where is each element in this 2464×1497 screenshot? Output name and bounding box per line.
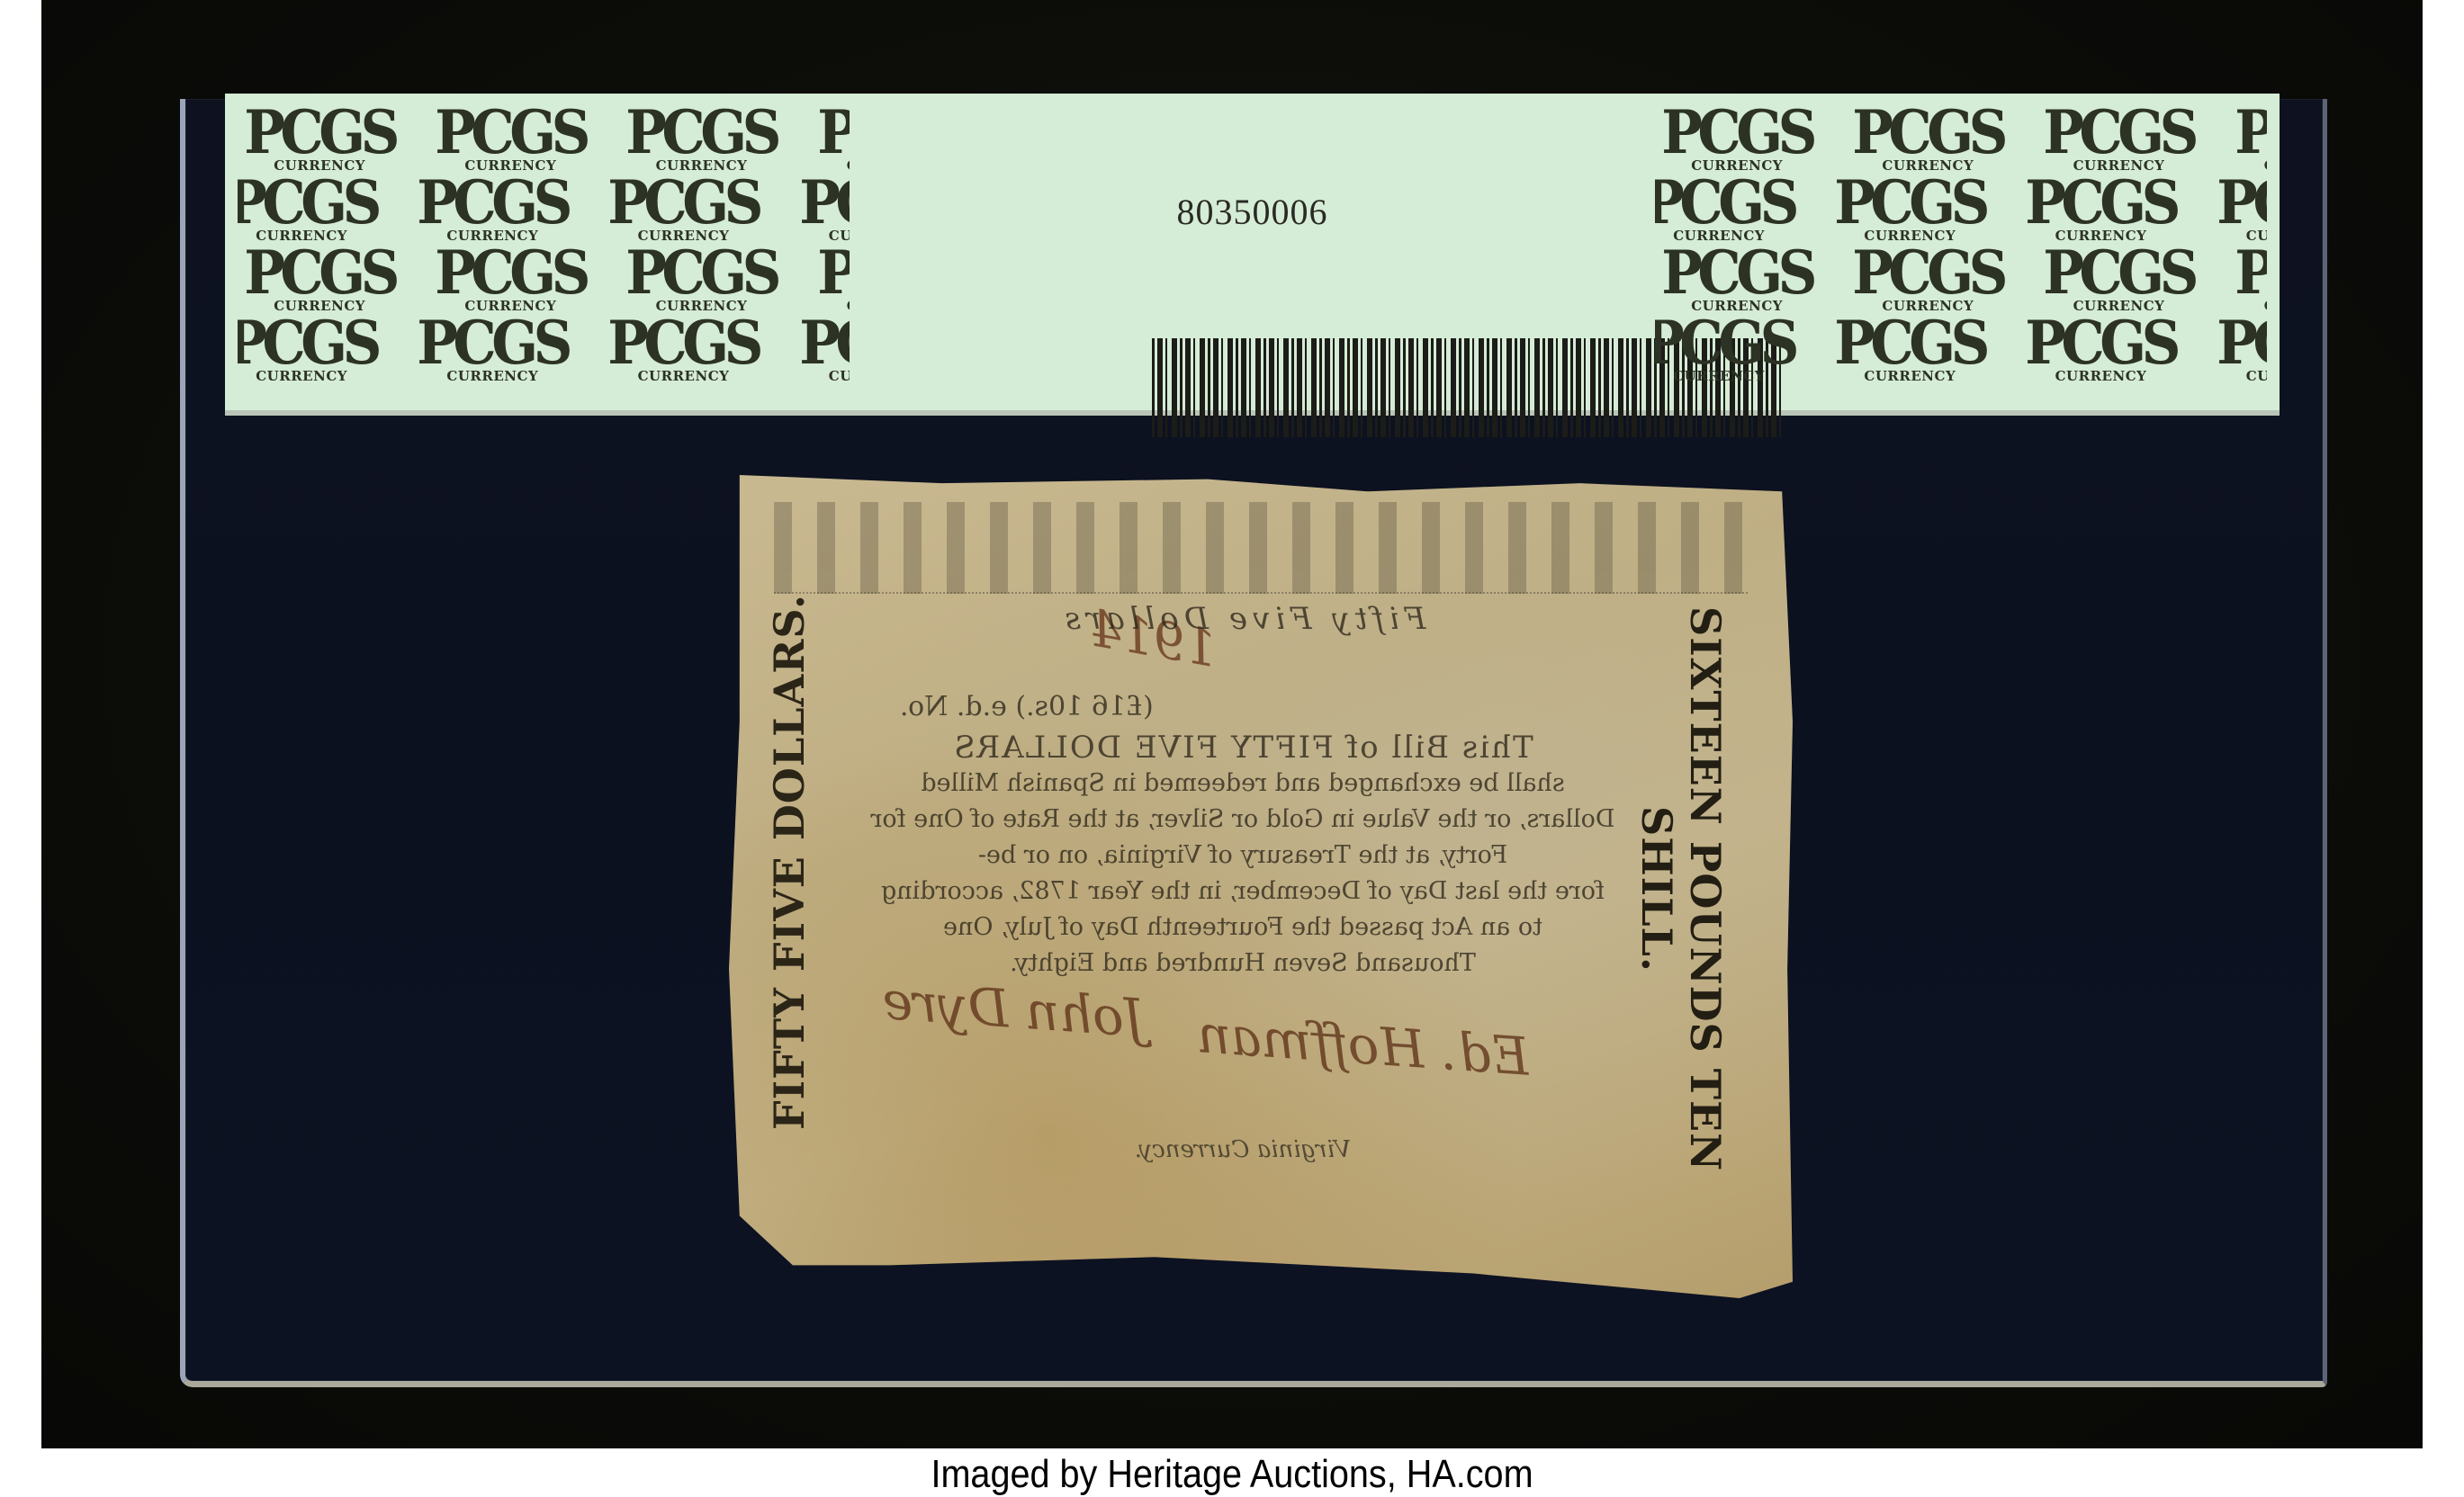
note-left-border-text: FIFTY FIVE DOLLARS.: [765, 583, 828, 1141]
pcgs-logo: PCGSCURRENCY: [811, 247, 850, 313]
pcgs-logo: PCGSCURRENCY: [238, 317, 401, 383]
label-logo-pattern-left: PCGSCURRENCY PCGSCURRENCY PCGSCURRENCY P…: [238, 106, 850, 394]
pcgs-logo: PCGSCURRENCY: [1846, 106, 2010, 173]
pcgs-logo: PCGSCURRENCY: [1810, 317, 2010, 383]
note-bottom-text: Virginia Currency.: [846, 1136, 1640, 1163]
pcgs-logo: PCGSCURRENCY: [2228, 106, 2267, 173]
note-line: fore the last Day of December, in the Ye…: [846, 874, 1640, 910]
pcgs-logo: PCGSCURRENCY: [2037, 247, 2200, 313]
pcgs-logo: PCGSCURRENCY: [583, 317, 783, 383]
colonial-banknote: FIFTY FIVE DOLLARS. SIXTEEN POUNDS TEN S…: [729, 475, 1793, 1298]
note-body-text: Fifty Five Dollars (£16 10s.) e.d. No. T…: [846, 601, 1640, 982]
pcgs-logo: PCGSCURRENCY: [428, 247, 592, 313]
pcgs-logo: PCGSCURRENCY: [1655, 247, 1819, 313]
pcgs-logo: PCGSCURRENCY: [2192, 176, 2267, 243]
note-line: shall be exchanged and redeemed in Spani…: [846, 766, 1640, 802]
note-serial-line: (£16 10s.) e.d. No.: [846, 691, 1640, 722]
pcgs-logo: PCGSCURRENCY: [2001, 317, 2200, 383]
label-logo-pattern-right: PCGSCURRENCY PCGSCURRENCY PCGSCURRENCY P…: [1655, 106, 2267, 394]
pcgs-logo: PCGSCURRENCY: [428, 106, 592, 173]
note-right-border-text: SIXTEEN POUNDS TEN SHILL.: [1667, 565, 1730, 1213]
pcgs-logo: PCGSCURRENCY: [1810, 176, 2010, 243]
pcgs-logo: PCGSCURRENCY: [619, 247, 783, 313]
pcgs-logo: PCGSCURRENCY: [238, 247, 401, 313]
pcgs-logo: PCGSCURRENCY: [1655, 317, 1819, 383]
pcgs-logo: PCGSCURRENCY: [1846, 247, 2010, 313]
image-credit-caption: Imaged by Heritage Auctions, HA.com: [123, 1452, 2341, 1497]
note-line: Forty, at the Treasury of Virginia, on o…: [846, 838, 1640, 874]
note-heading: Fifty Five Dollars: [846, 601, 1640, 637]
pcgs-logo: PCGSCURRENCY: [2037, 106, 2200, 173]
note-line: to an Act passed the Fourteenth Day of J…: [846, 910, 1640, 946]
pcgs-logo: PCGSCURRENCY: [811, 106, 850, 173]
pcgs-logo: PCGSCURRENCY: [392, 317, 592, 383]
pcgs-logo: PCGSCURRENCY: [1655, 176, 1819, 243]
signature: John Dyre: [880, 970, 1147, 1049]
pcgs-logo: PCGSCURRENCY: [775, 317, 850, 383]
ornamental-border: [774, 502, 1748, 594]
grading-label: PCGSCURRENCY PCGSCURRENCY PCGSCURRENCY P…: [225, 94, 2280, 416]
note-line: This Bill of FIFTY FIVE DOLLARS: [846, 730, 1640, 766]
pcgs-logo: PCGSCURRENCY: [2228, 247, 2267, 313]
signature: Ed. Hoffman: [1195, 1003, 1532, 1088]
pcgs-logo: PCGSCURRENCY: [2001, 176, 2200, 243]
pcgs-logo: PCGSCURRENCY: [238, 106, 401, 173]
pcgs-logo: PCGSCURRENCY: [2192, 317, 2267, 383]
note-line: Dollars, or the Value in Gold or Silver,…: [846, 802, 1640, 838]
pcgs-logo: PCGSCURRENCY: [1655, 106, 1819, 173]
pcgs-logo: PCGSCURRENCY: [619, 106, 783, 173]
